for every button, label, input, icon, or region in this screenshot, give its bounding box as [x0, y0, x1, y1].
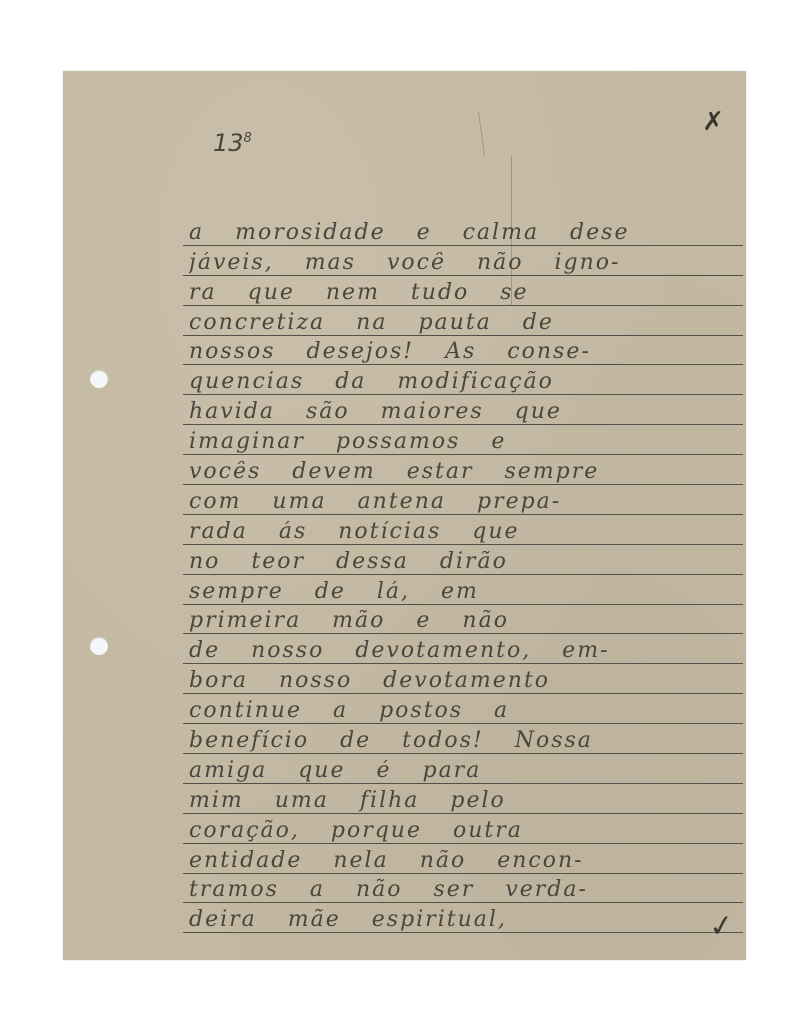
handwritten-text-block: a morosidade e calma dese jáveis, mas vo…: [183, 216, 743, 933]
handwritten-line: tramos a não ser verda-: [189, 879, 735, 901]
page-number-superscript: 8: [244, 131, 252, 146]
ruled-line: nossos desejos! As conse-: [183, 336, 743, 366]
handwritten-line: mim uma filha pelo: [189, 790, 735, 812]
manuscript-page: 138 ✗ a morosidade e calma dese jáveis, …: [63, 71, 746, 960]
handwritten-line: ra que nem tudo se: [189, 282, 735, 304]
ruled-line: a morosidade e calma dese: [183, 216, 743, 246]
handwritten-line: vocês devem estar sempre: [189, 461, 735, 483]
handwritten-line: entidade nela não encon-: [189, 850, 735, 872]
handwritten-line: rada ás notícias que: [189, 521, 735, 543]
ruled-line: ra que nem tudo se: [183, 276, 743, 306]
ruled-line: coração, porque outra: [183, 814, 743, 844]
punch-hole-upper: [90, 370, 108, 388]
ruled-line: de nosso devotamento, em-: [183, 634, 743, 664]
ruled-line: quencias da modificação: [183, 365, 743, 395]
handwritten-line: imaginar possamos e: [189, 431, 735, 453]
handwritten-line: continue a postos a: [189, 700, 735, 722]
handwritten-line: quencias da modificação: [189, 371, 735, 393]
ruled-line: tramos a não ser verda-: [183, 874, 743, 904]
handwritten-line: havida são maiores que: [189, 401, 735, 423]
ruled-line: continue a postos a: [183, 694, 743, 724]
ruled-line: rada ás notícias que: [183, 515, 743, 545]
ruled-line: com uma antena prepa-: [183, 485, 743, 515]
handwritten-line: amiga que é para: [189, 760, 735, 782]
handwritten-line: concretiza na pauta de: [189, 312, 735, 334]
handwritten-line: de nosso devotamento, em-: [189, 640, 735, 662]
ruled-line: entidade nela não encon-: [183, 844, 743, 874]
page-number-main: 13: [213, 129, 244, 157]
handwritten-line: com uma antena prepa-: [189, 491, 735, 513]
handwritten-line: no teor dessa dirão: [189, 551, 735, 573]
handwritten-line: sempre de lá, em: [189, 581, 735, 603]
ruled-line: imaginar possamos e: [183, 425, 743, 455]
ruled-line: jáveis, mas você não igno-: [183, 246, 743, 276]
ruled-line: mim uma filha pelo: [183, 784, 743, 814]
corner-cross-mark: ✗: [702, 107, 724, 137]
handwritten-line: primeira mão e não: [189, 610, 735, 632]
page-number: 138: [213, 129, 252, 157]
ruled-line: deira mãe espiritual,: [183, 903, 743, 933]
handwritten-line: coração, porque outra: [189, 820, 735, 842]
ruled-line: concretiza na pauta de: [183, 306, 743, 336]
ruled-line: sempre de lá, em: [183, 575, 743, 605]
ruled-line: no teor dessa dirão: [183, 545, 743, 575]
handwritten-line: bora nosso devotamento: [189, 670, 735, 692]
pencil-mark: [478, 111, 485, 156]
handwritten-line: a morosidade e calma dese: [189, 222, 735, 244]
ruled-line: havida são maiores que: [183, 395, 743, 425]
ruled-line: primeira mão e não: [183, 605, 743, 635]
handwritten-line: nossos desejos! As conse-: [189, 341, 735, 363]
handwritten-line: benefício de todos! Nossa: [189, 730, 735, 752]
punch-hole-lower: [90, 637, 108, 655]
handwritten-line: jáveis, mas você não igno-: [189, 252, 735, 274]
handwritten-line: deira mãe espiritual,: [189, 909, 735, 931]
ruled-line: benefício de todos! Nossa: [183, 724, 743, 754]
ruled-line: vocês devem estar sempre: [183, 455, 743, 485]
checkmark-icon: ✓: [707, 907, 737, 945]
ruled-line: bora nosso devotamento: [183, 664, 743, 694]
ruled-line: amiga que é para: [183, 754, 743, 784]
